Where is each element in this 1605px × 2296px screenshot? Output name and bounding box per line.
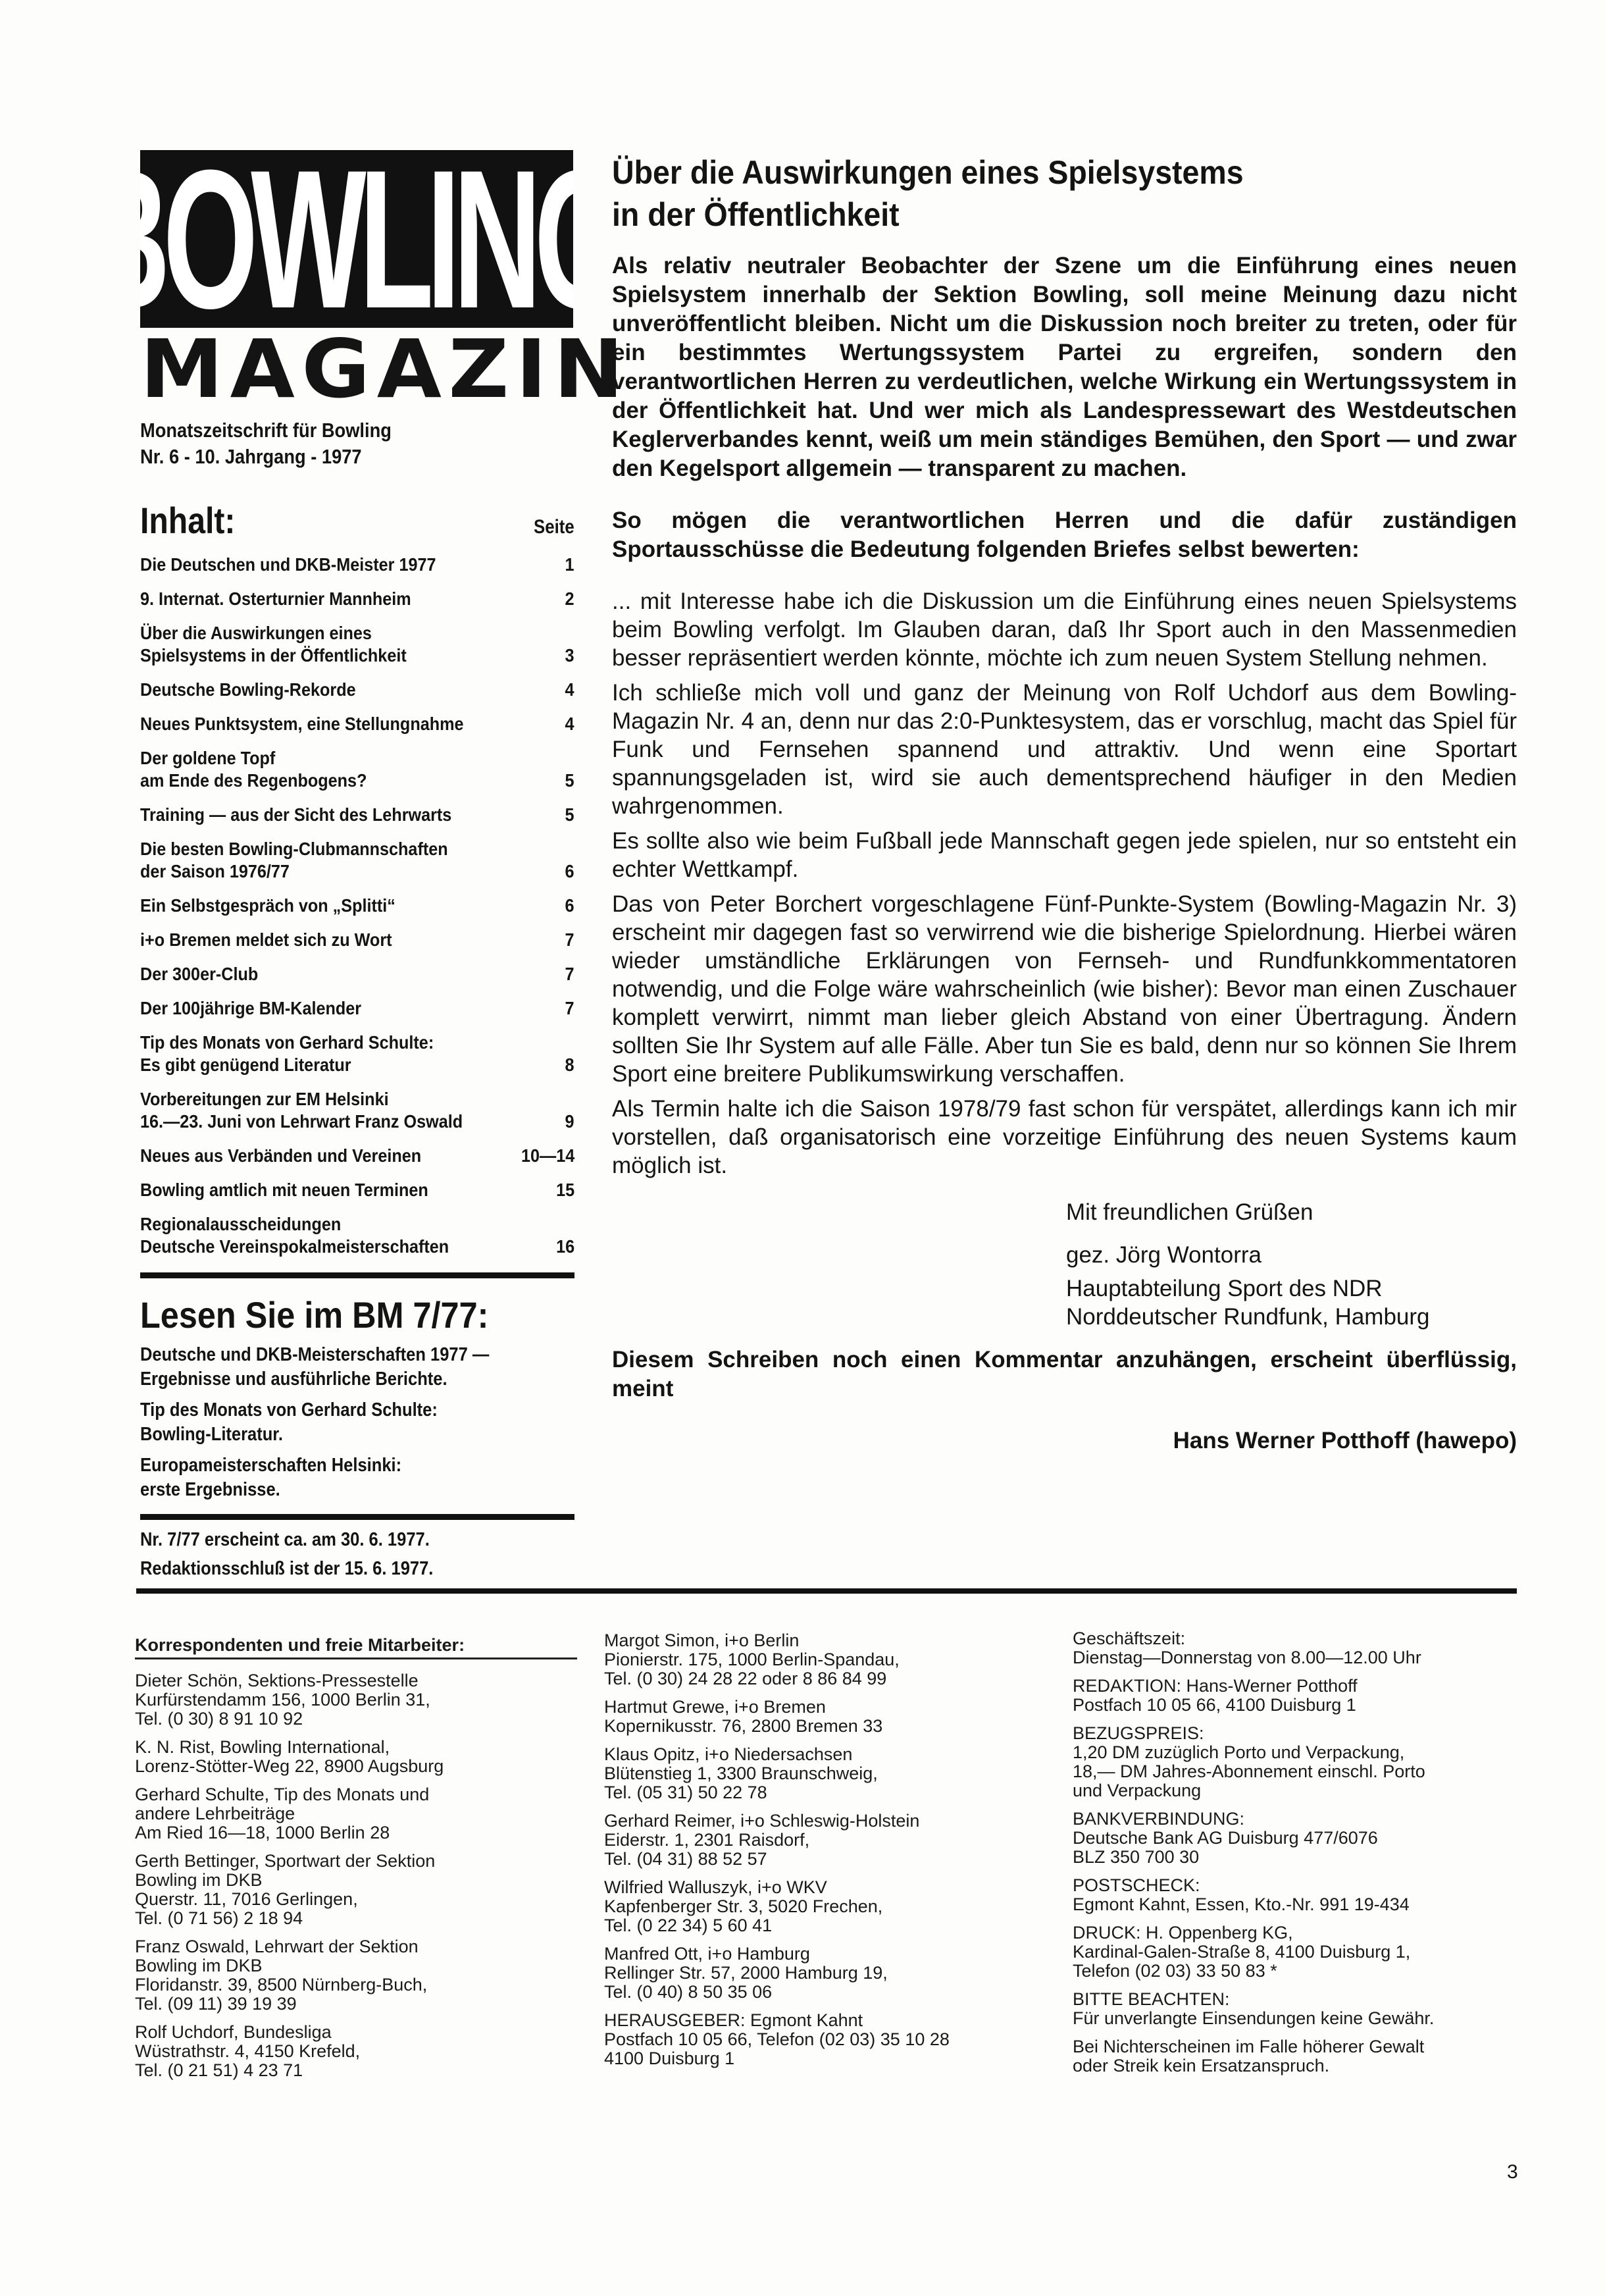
toc-entry[interactable]: Die besten Bowling-Clubmannschaften der … <box>140 838 574 883</box>
disclaimer: Bei Nichterscheinen im Falle höherer Gew… <box>1073 2037 1504 2075</box>
correspondent-entry: Hartmut Grewe, i+o Bremen Kopernikusstr.… <box>604 1698 1032 1736</box>
editor-comment: Diesem Schreiben noch einen Kommentar an… <box>612 1345 1517 1403</box>
toc-entry-title: Der 300er-Club <box>140 963 472 985</box>
section-divider <box>140 1514 574 1520</box>
next-issue-item: Deutsche und DKB-Meisterschaften 1977 — … <box>140 1343 569 1392</box>
correspondent-entry: Rolf Uchdorf, Bundesliga Wüstrathstr. 4,… <box>135 2023 569 2080</box>
toc-entry-title: Deutsche Bowling-Rekorde <box>140 679 472 701</box>
signoff-organization: Norddeutscher Rundfunk, Hamburg <box>1066 1303 1517 1331</box>
toc-entry-page: 9 <box>565 1110 574 1133</box>
toc-entry-page: 4 <box>565 679 574 701</box>
toc-entry[interactable]: Ein Selbstgespräch von „Splitti“6 <box>140 895 574 917</box>
toc-entry[interactable]: Der 300er-Club7 <box>140 963 574 985</box>
editorial-office: REDAKTION: Hans-Werner Potthoff Postfach… <box>1073 1677 1504 1715</box>
notice: BITTE BEACHTEN: Für unverlangte Einsendu… <box>1073 1990 1504 2028</box>
toc-header: Inhalt: Seite <box>140 499 574 542</box>
letter-paragraph: ... mit Interesse habe ich die Diskussio… <box>612 587 1517 672</box>
footer-divider <box>136 1588 1517 1594</box>
toc-entry-title: Neues aus Verbänden und Vereinen <box>140 1145 472 1167</box>
toc-entry-title: Bowling amtlich mit neuen Terminen <box>140 1179 472 1201</box>
correspondent-entry: Franz Oswald, Lehrwart der Sektion Bowli… <box>135 1937 569 2014</box>
toc-entry-title: Über die Auswirkungen eines Spielsystems… <box>140 622 472 667</box>
toc-entry-title: Regionalausscheidungen Deutsche Vereinsp… <box>140 1213 472 1258</box>
toc-entry[interactable]: 9. Internat. Osterturnier Mannheim2 <box>140 588 574 610</box>
letter-paragraph: Als Termin halte ich die Saison 1978/79 … <box>612 1095 1517 1180</box>
printer: DRUCK: H. Oppenberg KG, Kardinal-Galen-S… <box>1073 1923 1504 1981</box>
correspondent-entry: Gerhard Schulte, Tip des Monats und ande… <box>135 1785 569 1842</box>
toc-entry-title: Der 100jährige BM-Kalender <box>140 997 472 1020</box>
magazine-page: BOWLING MAGAZIN Monatszeitschrift für Bo… <box>0 0 1605 2296</box>
correspondent-entry: Margot Simon, i+o Berlin Pionierstr. 175… <box>604 1631 1032 1688</box>
article: Über die Auswirkungen eines Spielsystems… <box>612 151 1517 1455</box>
article-title: Über die Auswirkungen eines Spielsystems… <box>612 151 1512 236</box>
subscription-price: BEZUGSPREIS: 1,20 DM zuzüglich Porto und… <box>1073 1724 1504 1800</box>
correspondent-entry: Klaus Opitz, i+o Niedersachsen Blütensti… <box>604 1745 1032 1802</box>
impressum-column-1: Korrespondenten und freie Mitarbeiter: D… <box>135 1629 569 2080</box>
impressum-column-3: Geschäftszeit: Dienstag—Donnerstag von 8… <box>1073 1629 1504 2075</box>
toc-entry[interactable]: Neues aus Verbänden und Vereinen10—14 <box>140 1145 574 1167</box>
toc-entry-title: 9. Internat. Osterturnier Mannheim <box>140 588 472 610</box>
section-divider <box>140 1272 574 1278</box>
toc-page-column-label: Seite <box>534 516 574 538</box>
article-author: Hans Werner Potthoff (hawepo) <box>612 1426 1517 1455</box>
logo-subword: MAGAZIN <box>140 329 592 409</box>
publication-subtitle: Monatszeitschrift für Bowling <box>140 417 522 444</box>
toc-entry-page: 6 <box>565 860 574 883</box>
toc-entry-title: Vorbereitungen zur EM Helsinki 16.—23. J… <box>140 1088 472 1133</box>
toc-entry-title: i+o Bremen meldet sich zu Wort <box>140 929 472 951</box>
toc-entry[interactable]: Training — aus der Sicht des Lehrwarts5 <box>140 804 574 826</box>
correspondents-heading: Korrespondenten und freie Mitarbeiter: <box>135 1636 577 1659</box>
toc-entry[interactable]: Der goldene Topf am Ende des Regenbogens… <box>140 747 574 792</box>
toc-entry-title: Die besten Bowling-Clubmannschaften der … <box>140 838 472 883</box>
issue-info: Nr. 6 - 10. Jahrgang - 1977 <box>140 444 522 470</box>
toc-title: Inhalt: <box>140 499 235 542</box>
signoff-signature: gez. Jörg Wontorra <box>1066 1241 1517 1269</box>
next-issue-item: Tip des Monats von Gerhard Schulte: Bowl… <box>140 1398 569 1447</box>
correspondent-entry: Dieter Schön, Sektions-Pressestelle Kurf… <box>135 1671 569 1729</box>
toc-entry[interactable]: Vorbereitungen zur EM Helsinki 16.—23. J… <box>140 1088 574 1133</box>
toc-entry[interactable]: Über die Auswirkungen eines Spielsystems… <box>140 622 574 667</box>
toc-entry-page: 3 <box>565 644 574 667</box>
correspondent-entry: Manfred Ott, i+o Hamburg Rellinger Str. … <box>604 1944 1032 2002</box>
toc-entry-page: 2 <box>565 588 574 610</box>
signoff-greeting: Mit freundlichen Grüßen <box>1066 1198 1517 1226</box>
deadline-note: Redaktionsschluß ist der 15. 6. 1977. <box>140 1554 522 1583</box>
correspondent-entry: Gerth Bettinger, Sportwart der Sektion B… <box>135 1852 569 1928</box>
toc-entry[interactable]: Die Deutschen und DKB-Meister 19771 <box>140 554 574 576</box>
toc-entry-title: Neues Punktsystem, eine Stellungnahme <box>140 713 472 735</box>
table-of-contents: Die Deutschen und DKB-Meister 19771 9. I… <box>140 554 574 1258</box>
toc-entry-page: 5 <box>565 804 574 826</box>
article-lead: So mögen die verantwortlichen Herren und… <box>612 506 1517 564</box>
toc-entry-page: 16 <box>556 1236 574 1258</box>
correspondent-entry: K. N. Rist, Bowling International, Loren… <box>135 1738 569 1776</box>
toc-entry-title: Die Deutschen und DKB-Meister 1977 <box>140 554 472 576</box>
toc-entry-page: 15 <box>556 1179 574 1201</box>
toc-entry-page: 5 <box>565 770 574 792</box>
toc-entry[interactable]: Der 100jährige BM-Kalender7 <box>140 997 574 1020</box>
left-column: BOWLING MAGAZIN Monatszeitschrift für Bo… <box>140 150 574 1583</box>
publisher-entry: HERAUSGEBER: Egmont Kahnt Postfach 10 05… <box>604 2011 1032 2068</box>
page-number: 3 <box>1507 2161 1518 2183</box>
toc-entry[interactable]: Tip des Monats von Gerhard Schulte: Es g… <box>140 1031 574 1076</box>
signoff-department: Hauptabteilung Sport des NDR <box>1066 1274 1517 1303</box>
business-hours: Geschäftszeit: Dienstag—Donnerstag von 8… <box>1073 1629 1504 1667</box>
toc-entry-page: 1 <box>565 554 574 576</box>
toc-entry-title: Training — aus der Sicht des Lehrwarts <box>140 804 472 826</box>
toc-entry[interactable]: Bowling amtlich mit neuen Terminen15 <box>140 1179 574 1201</box>
next-issue-item: Europameisterschaften Helsinki: erste Er… <box>140 1453 569 1502</box>
quoted-letter: ... mit Interesse habe ich die Diskussio… <box>612 587 1517 1180</box>
letter-paragraph: Ich schließe mich voll und ganz der Mein… <box>612 679 1517 820</box>
bowling-logo: BOWLING <box>140 150 573 328</box>
release-date-note: Nr. 7/77 erscheint ca. am 30. 6. 1977. <box>140 1525 522 1554</box>
toc-entry-page: 8 <box>565 1054 574 1076</box>
toc-entry-page: 7 <box>565 929 574 951</box>
toc-entry-title: Der goldene Topf am Ende des Regenbogens… <box>140 747 472 792</box>
postal-check: POSTSCHECK: Egmont Kahnt, Essen, Kto.-Nr… <box>1073 1876 1504 1914</box>
toc-entry[interactable]: i+o Bremen meldet sich zu Wort7 <box>140 929 574 951</box>
bank-details: BANKVERBINDUNG: Deutsche Bank AG Duisbur… <box>1073 1810 1504 1867</box>
letter-paragraph: Das von Peter Borchert vorgeschlagene Fü… <box>612 890 1517 1088</box>
toc-entry-page: 4 <box>565 713 574 735</box>
letter-signoff: Mit freundlichen Grüßen gez. Jörg Wontor… <box>1066 1198 1517 1331</box>
toc-entry[interactable]: Neues Punktsystem, eine Stellungnahme4 <box>140 713 574 735</box>
correspondent-entry: Wilfried Walluszyk, i+o WKV Kapfenberger… <box>604 1878 1032 1935</box>
toc-entry-page: 10—14 <box>521 1145 574 1167</box>
toc-entry[interactable]: Deutsche Bowling-Rekorde4 <box>140 679 574 701</box>
correspondent-entry: Gerhard Reimer, i+o Schleswig-Holstein E… <box>604 1812 1032 1869</box>
logo-word: BOWLING <box>140 150 573 328</box>
toc-entry-title: Tip des Monats von Gerhard Schulte: Es g… <box>140 1031 472 1076</box>
toc-entry-page: 7 <box>565 963 574 985</box>
toc-entry[interactable]: Regionalausscheidungen Deutsche Vereinsp… <box>140 1213 574 1258</box>
toc-entry-title: Ein Selbstgespräch von „Splitti“ <box>140 895 472 917</box>
toc-entry-page: 7 <box>565 997 574 1020</box>
toc-entry-page: 6 <box>565 895 574 917</box>
next-issue-title: Lesen Sie im BM 7/77: <box>140 1294 531 1336</box>
letter-paragraph: Es sollte also wie beim Fußball jede Man… <box>612 827 1517 883</box>
article-intro: Als relativ neutraler Beobachter der Sze… <box>612 251 1517 483</box>
impressum-column-2: Margot Simon, i+o Berlin Pionierstr. 175… <box>604 1631 1032 2068</box>
